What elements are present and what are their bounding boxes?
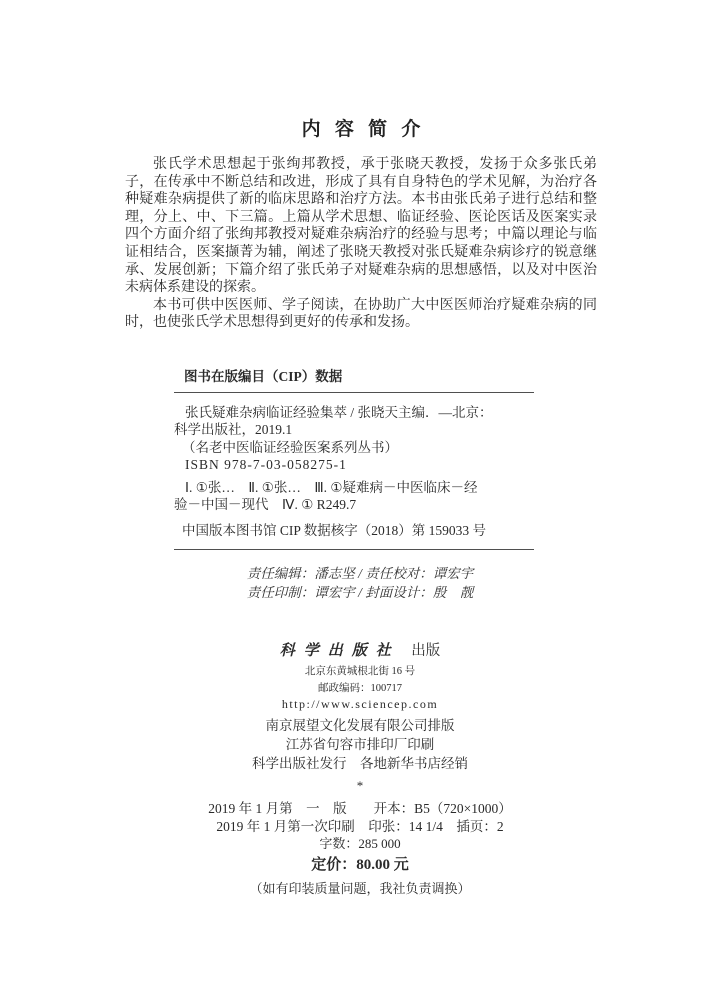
book-copyright-page: 内容简介 张氏学术思想起于张绚邦教授，承于张晓天教授，发扬于众多张氏弟子，在传承… xyxy=(0,0,720,1000)
publisher-suffix: 出版 xyxy=(411,643,440,659)
staff-credits: 责任编辑：潘志坚 / 责任校对：谭宏宇 责任印制：谭宏宇 / 封面设计：殷 靓 xyxy=(0,564,720,602)
cip-isbn-line: ISBN 978-7-03-058275-1 xyxy=(174,456,534,474)
cip-rule-bottom xyxy=(174,549,534,550)
cip-record-line: 中国版本图书馆 CIP 数据核字（2018）第 159033 号 xyxy=(174,522,534,540)
intro-title: 内容简介 xyxy=(125,114,597,141)
intro-paragraph-2: 本书可供中医医师、学子阅读，在协助广大中医医师治疗疑难杂病的同时，也使张氏学术思… xyxy=(125,297,597,332)
staff-line-editors: 责任编辑：潘志坚 / 责任校对：谭宏宇 xyxy=(0,564,720,583)
imprint-section: 科学出版社 出版 北京东黄城根北街 16 号 邮政编码：100717 http:… xyxy=(0,639,720,897)
printer-line: 江苏省句容市排印厂印刷 xyxy=(0,736,720,753)
price-line: 定价：80.00 元 xyxy=(0,856,720,875)
cip-title-line-2: 科学出版社，2019.1 xyxy=(174,421,534,439)
cip-header: 图书在版编目（CIP）数据 xyxy=(174,368,534,386)
cip-title-line-1: 张氏疑难杂病临证经验集萃 / 张晓天主编．—北京： xyxy=(174,404,534,422)
cip-class-line-2: 验－中国－现代 Ⅳ. ① R249.7 xyxy=(174,496,534,514)
cip-rule-top xyxy=(174,392,534,393)
distribution-line: 科学出版社发行 各地新华书店经销 xyxy=(0,755,720,772)
separator-star: * xyxy=(0,779,720,793)
cip-series-line: （名老中医临证经验医案系列丛书） xyxy=(174,439,534,457)
cip-class-line-1: Ⅰ. ①张… Ⅱ. ①张… Ⅲ. ①疑难病－中医临床－经 xyxy=(174,479,534,497)
cip-section: 图书在版编目（CIP）数据 张氏疑难杂病临证经验集萃 / 张晓天主编．—北京： … xyxy=(174,368,534,550)
cip-body: 张氏疑难杂病临证经验集萃 / 张晓天主编．—北京： 科学出版社，2019.1 （… xyxy=(174,404,534,540)
intro-section: 内容简介 张氏学术思想起于张绚邦教授，承于张晓天教授，发扬于众多张氏弟子，在传承… xyxy=(125,114,597,332)
intro-paragraph-1: 张氏学术思想起于张绚邦教授，承于张晓天教授，发扬于众多张氏弟子，在传承中不断总结… xyxy=(125,156,597,297)
edition-line: 2019 年 1 月第 一 版 开本：B5（720×1000） xyxy=(0,800,720,817)
publisher-website: http://www.sciencep.com xyxy=(0,697,720,712)
typesetter-line: 南京展望文化发展有限公司排版 xyxy=(0,717,720,734)
publisher-line: 科学出版社 出版 xyxy=(0,639,720,659)
exchange-notice: （如有印装质量问题，我社负责调换） xyxy=(0,880,720,897)
staff-line-design: 责任印制：谭宏宇 / 封面设计：殷 靓 xyxy=(0,583,720,602)
word-count-line: 字数：285 000 xyxy=(0,836,720,852)
publisher-address: 北京东黄城根北街 16 号 xyxy=(0,663,720,678)
publisher-logotype: 科学出版社 xyxy=(280,643,400,659)
impression-line: 2019 年 1 月第一次印刷 印张：14 1/4 插页：2 xyxy=(0,818,720,835)
publisher-postcode: 邮政编码：100717 xyxy=(0,680,720,695)
